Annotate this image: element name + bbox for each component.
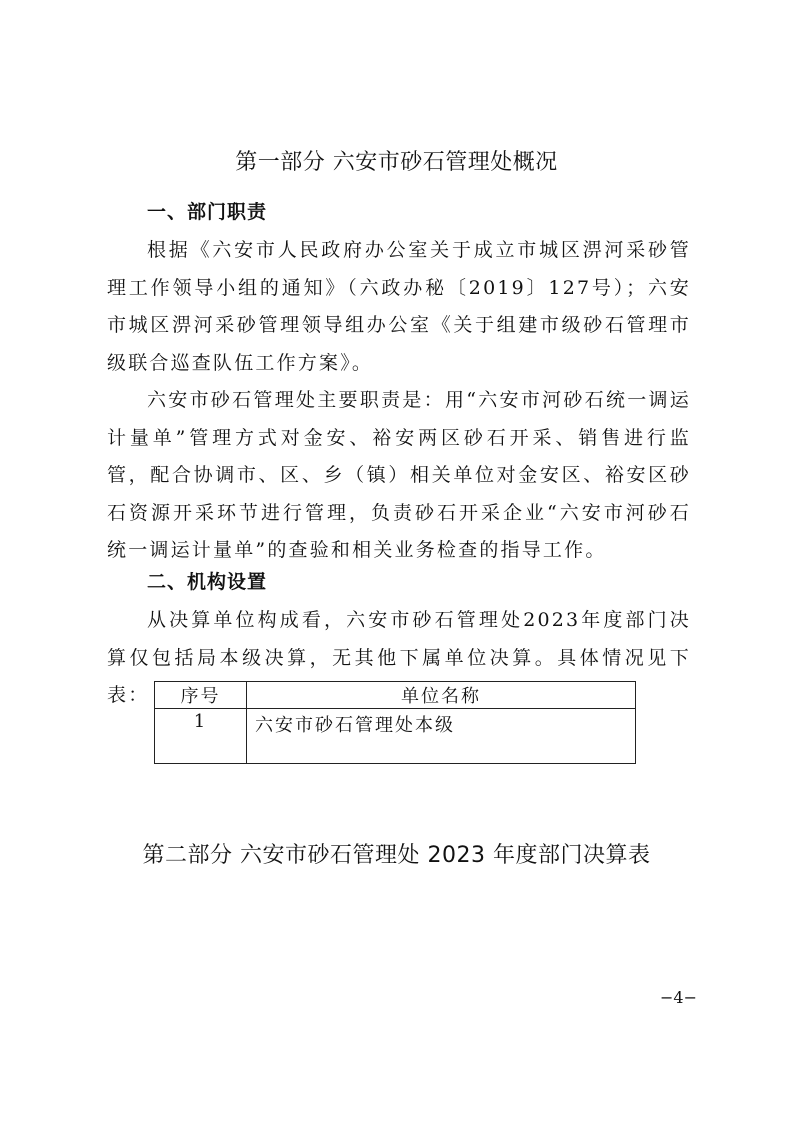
page-number: −4−	[660, 988, 697, 1007]
unit-table: 序号 单位名称 1 六安市砂石管理处本级	[154, 681, 636, 764]
header-unit-name: 单位名称	[247, 682, 636, 709]
header-seq: 序号	[155, 682, 247, 709]
duties-paragraph-basis: 根据《六安市人民政府办公室关于成立市城区淠河采砂管理工作领导小组的通知》（六政办…	[107, 232, 691, 382]
section-heading-duties: 一、部门职责	[147, 197, 267, 224]
table-row: 1 六安市砂石管理处本级	[155, 709, 636, 764]
document-page: 第一部分 六安市砂石管理处概况 一、部门职责 根据《六安市人民政府办公室关于成立…	[0, 0, 793, 1122]
section-heading-structure: 二、机构设置	[147, 567, 267, 594]
part1-title: 第一部分 六安市砂石管理处概况	[0, 145, 793, 176]
duties-paragraph-main: 六安市砂石管理处主要职责是：用“六安市河砂石统一调运计量单”管理方式对金安、裕安…	[107, 382, 691, 570]
cell-unit-name: 六安市砂石管理处本级	[247, 709, 636, 764]
table-header-row: 序号 单位名称	[155, 682, 636, 709]
cell-seq: 1	[155, 709, 247, 764]
part2-title: 第二部分 六安市砂石管理处 2023 年度部门决算表	[0, 838, 793, 869]
